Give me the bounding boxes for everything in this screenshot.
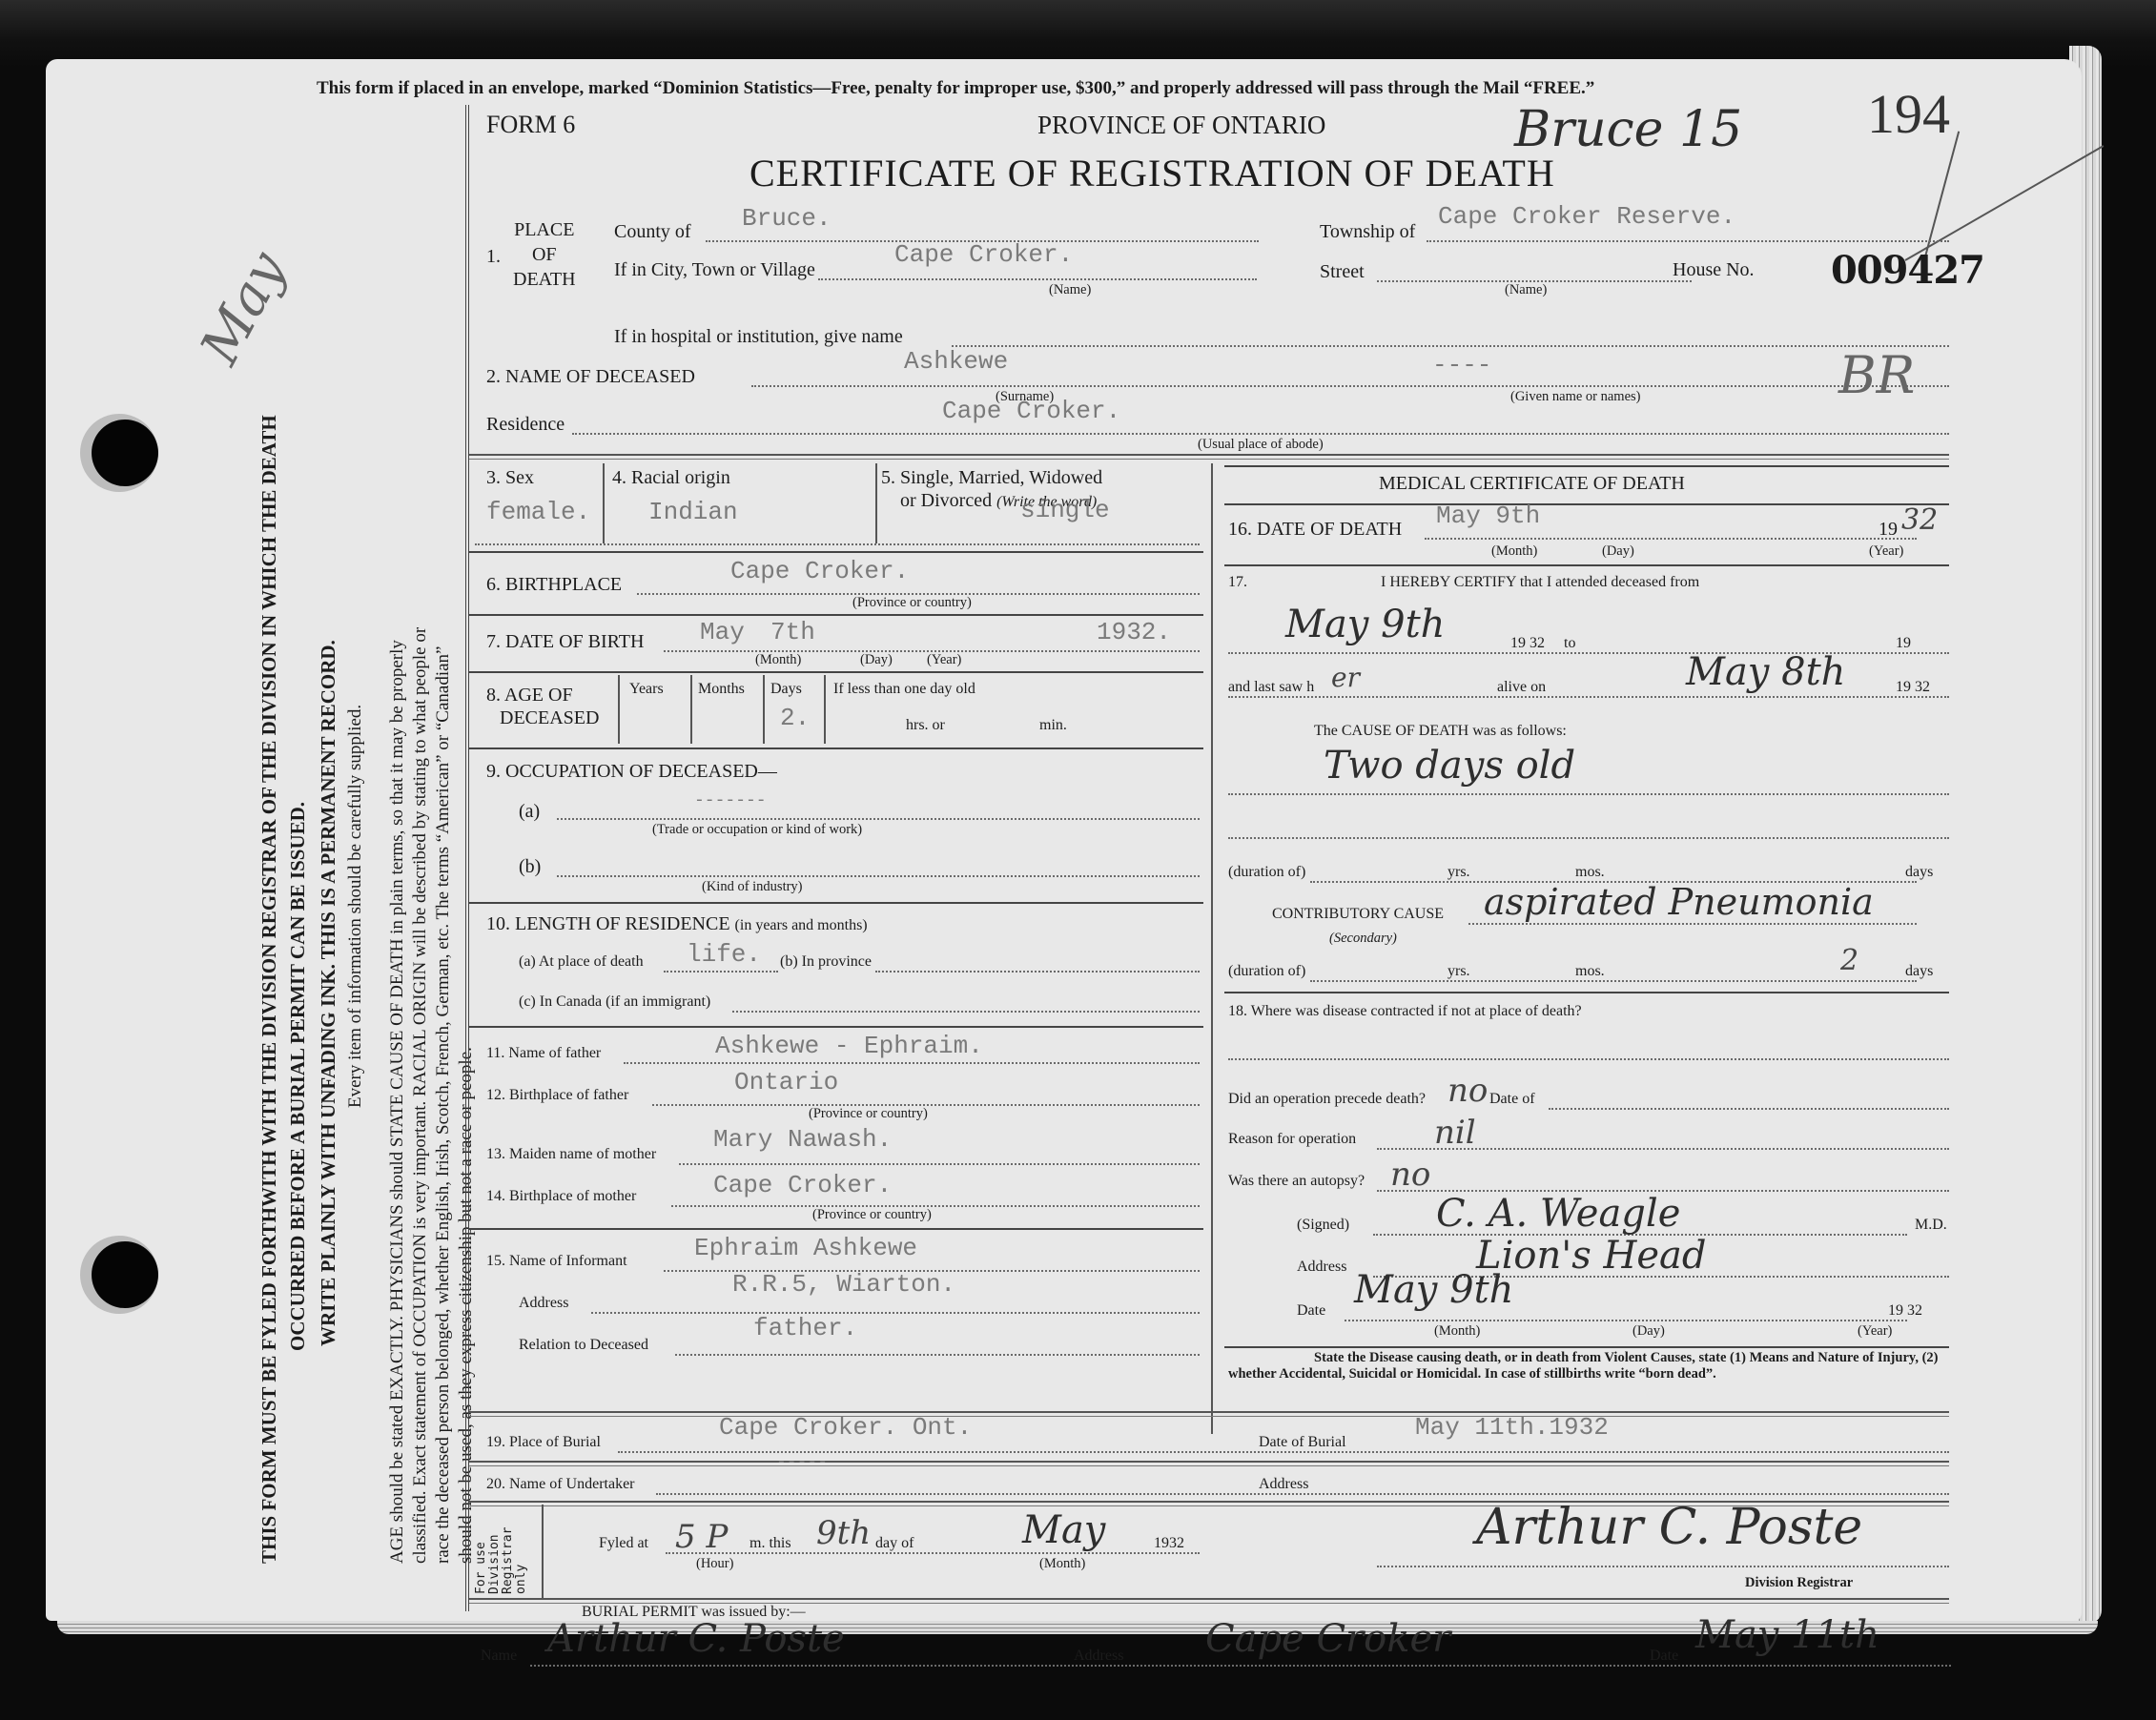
deceased-given-names[interactable]: ---- bbox=[1432, 351, 1491, 379]
deceased-name-label: 2. NAME OF DECEASED bbox=[486, 366, 695, 388]
alive-year: 19 32 bbox=[1896, 679, 1930, 696]
punch-hole-icon bbox=[92, 1241, 158, 1308]
duration-line-2 bbox=[1310, 980, 1917, 982]
permit-date-label: Date bbox=[1650, 1648, 1678, 1665]
min-label: min. bbox=[1039, 717, 1067, 734]
burial-place-value[interactable]: Cape Croker. Ont. bbox=[719, 1413, 972, 1442]
township-line bbox=[1427, 240, 1949, 242]
divider bbox=[1224, 564, 1949, 566]
undertaker-line bbox=[656, 1493, 1949, 1495]
day-of-label: day of bbox=[875, 1535, 914, 1552]
father-birthplace-value[interactable]: Ontario bbox=[734, 1068, 838, 1096]
permit-date-value[interactable]: May 11th bbox=[1695, 1613, 1879, 1657]
residence-c-line bbox=[732, 1011, 1200, 1013]
street-label: Street bbox=[1320, 261, 1365, 283]
item18-line bbox=[1228, 1058, 1949, 1060]
birthplace-caption: (Province or country) bbox=[852, 595, 972, 611]
divider bbox=[469, 1461, 1949, 1466]
year-caption: (Year) bbox=[1858, 1323, 1892, 1340]
burial-date-value[interactable]: May 11th.1932 bbox=[1415, 1413, 1609, 1442]
residence-caption: (Usual place of abode) bbox=[1198, 437, 1324, 453]
dod-line bbox=[1425, 538, 1917, 540]
residence-a-line bbox=[664, 971, 778, 973]
hour-caption: (Hour) bbox=[696, 1556, 733, 1572]
divider bbox=[1224, 503, 1949, 505]
divider bbox=[1224, 465, 1949, 467]
cell-divider bbox=[690, 675, 692, 744]
month-caption: (Month) bbox=[755, 652, 801, 668]
divider bbox=[469, 614, 1203, 616]
hospital-line bbox=[952, 345, 1949, 347]
contributory-caption: (Secondary) bbox=[1329, 931, 1397, 947]
form-left-border bbox=[465, 105, 469, 1611]
scan-background bbox=[0, 0, 2156, 67]
age-days-value[interactable]: 2. bbox=[780, 704, 810, 732]
day-caption: (Day) bbox=[860, 652, 893, 668]
days-label: days bbox=[1905, 864, 1933, 881]
residence-b-label: (b) In province bbox=[780, 953, 872, 971]
certify-date-year: 19 32 bbox=[1888, 1302, 1922, 1320]
occupation-a-line bbox=[557, 818, 1200, 820]
cause-value[interactable]: Two days old bbox=[1324, 744, 1575, 788]
serial-number: 009427 bbox=[1831, 248, 1984, 293]
dod-month[interactable]: May 9th bbox=[1436, 502, 1540, 530]
contributory-cause-value[interactable]: aspirated Pneumonia bbox=[1484, 881, 1874, 923]
page-title: CERTIFICATE OF REGISTRATION OF DEATH bbox=[749, 151, 1555, 195]
age-days-label: Days bbox=[770, 681, 802, 698]
residence-length-label: 10. LENGTH OF RESIDENCE (in years and mo… bbox=[486, 913, 868, 935]
month-caption: (Month) bbox=[1491, 543, 1537, 560]
province-title: PROVINCE OF ONTARIO bbox=[1037, 111, 1325, 140]
mos-label: mos. bbox=[1575, 864, 1605, 881]
street-name-caption: (Name) bbox=[1505, 282, 1547, 298]
occupation-b-caption: (Kind of industry) bbox=[702, 879, 803, 895]
division-handwritten: Bruce 15 bbox=[1514, 101, 1742, 158]
mother-birthplace-label: 14. Birthplace of mother bbox=[486, 1188, 636, 1205]
city-line bbox=[818, 278, 1257, 280]
divider bbox=[1224, 1346, 1949, 1348]
year-caption: (Year) bbox=[927, 652, 961, 668]
informant-value[interactable]: Ephraim Ashkewe bbox=[694, 1234, 917, 1262]
age-label: 8. AGE OF bbox=[486, 685, 573, 706]
alive-on-value[interactable]: May 8th bbox=[1686, 650, 1845, 694]
certificate-page: THIS FORM MUST BE FYLED FORTHWITH WITH T… bbox=[46, 59, 2082, 1621]
occupation-b-label: (b) bbox=[519, 856, 541, 878]
year-caption: (Year) bbox=[1869, 543, 1903, 560]
side-instruction-line4: Every item of information should be care… bbox=[345, 705, 366, 1108]
divider bbox=[1224, 992, 1949, 993]
item-number: 1. bbox=[486, 246, 501, 268]
burial-place-label: 19. Place of Burial bbox=[486, 1434, 601, 1451]
to-year: 19 bbox=[1896, 635, 1911, 652]
last-saw-pronoun[interactable]: er bbox=[1331, 662, 1360, 693]
operation-date-line bbox=[1549, 1108, 1949, 1110]
divider bbox=[469, 1411, 1949, 1417]
mos-label-2: mos. bbox=[1575, 963, 1605, 980]
age-less-label: If less than one day old bbox=[833, 681, 975, 698]
duration-label-2: (duration of) bbox=[1228, 963, 1305, 980]
township-label: Township of bbox=[1320, 221, 1415, 243]
registrar-signature-line bbox=[1377, 1566, 1949, 1567]
informant-address-line bbox=[591, 1312, 1200, 1314]
operation-date-label: Date of bbox=[1489, 1091, 1535, 1108]
house-no-label: House No. bbox=[1673, 259, 1755, 281]
relation-line bbox=[675, 1354, 1200, 1356]
deceased-surname[interactable]: Ashkewe bbox=[904, 347, 1008, 376]
divider bbox=[469, 1228, 1203, 1230]
day-caption: (Day) bbox=[1632, 1323, 1665, 1340]
relation-value[interactable]: father. bbox=[753, 1314, 857, 1342]
physician-signature[interactable]: C. A. Weagle bbox=[1436, 1192, 1680, 1236]
marital-value[interactable]: single bbox=[1020, 496, 1110, 524]
column-divider bbox=[1211, 463, 1213, 1434]
form-number: FORM 6 bbox=[486, 111, 575, 139]
racial-origin-label: 4. Racial origin bbox=[612, 467, 730, 489]
undertaker-address-label: Address bbox=[1259, 1476, 1308, 1493]
duration-label: (duration of) bbox=[1228, 864, 1305, 881]
cause-line bbox=[1228, 793, 1949, 795]
dob-label: 7. DATE OF BIRTH bbox=[486, 631, 644, 653]
dod-year-prefix: 19 bbox=[1879, 519, 1898, 541]
side-instruction-line3: WRITE PLAINLY WITH UNFADING INK. THIS IS… bbox=[317, 640, 340, 1346]
relation-label: Relation to Deceased bbox=[519, 1337, 648, 1354]
residence-a-label: (a) At place of death bbox=[519, 953, 644, 971]
attended-from-year: 19 32 bbox=[1510, 635, 1545, 652]
mother-birthplace-line bbox=[671, 1205, 1200, 1207]
registrar-role: Division Registrar bbox=[1745, 1575, 1853, 1591]
birthplace-label: 6. BIRTHPLACE bbox=[486, 574, 622, 596]
deceased-name-line bbox=[751, 385, 1949, 387]
permit-line bbox=[530, 1665, 1951, 1667]
informant-label: 15. Name of Informant bbox=[486, 1253, 627, 1270]
physician-address-label: Address bbox=[1297, 1259, 1346, 1276]
item17-number: 17. bbox=[1228, 574, 1247, 591]
last-saw-label: and last saw h bbox=[1228, 679, 1314, 696]
residence-c-label: (c) In Canada (if an immigrant) bbox=[519, 993, 710, 1011]
cell-divider bbox=[763, 675, 765, 744]
side-instruction-para2: classified. Exact statement of OCCUPATIO… bbox=[410, 627, 431, 1564]
age-label-2: DECEASED bbox=[500, 707, 599, 729]
permit-name-label: Name bbox=[481, 1648, 517, 1665]
permit-address-value[interactable]: Cape Croker bbox=[1205, 1617, 1450, 1661]
side-instruction-para3: race the deceased person belonged, wheth… bbox=[433, 646, 454, 1564]
registrar-signature[interactable]: Arthur C. Poste bbox=[1476, 1499, 1862, 1556]
yrs-label: yrs. bbox=[1448, 864, 1470, 881]
days-label-2: days bbox=[1905, 963, 1933, 980]
side-instruction-line2: OCCURRED BEFORE A BURIAL PERMIT CAN BE I… bbox=[286, 802, 310, 1351]
contributory-cause-label: CONTRIBUTORY CAUSE bbox=[1272, 906, 1444, 923]
autopsy-value[interactable]: no bbox=[1390, 1156, 1430, 1194]
age-months-label: Months bbox=[698, 681, 745, 698]
dob-day[interactable]: 7th bbox=[770, 618, 815, 646]
mother-line bbox=[679, 1163, 1200, 1165]
occupation-a-value[interactable]: ------- bbox=[694, 791, 767, 810]
punch-hole-icon bbox=[92, 420, 158, 486]
father-value[interactable]: Ashkewe - Ephraim. bbox=[715, 1032, 983, 1060]
attended-from[interactable]: May 9th bbox=[1285, 603, 1445, 646]
registrar-box-divider bbox=[542, 1505, 544, 1598]
alive-on-label: alive on bbox=[1497, 679, 1546, 696]
hrs-label: hrs. or bbox=[906, 717, 945, 734]
burial-date-label: Date of Burial bbox=[1259, 1434, 1346, 1451]
mother-birthplace-caption: (Province or country) bbox=[812, 1207, 932, 1223]
side-instruction-line1: THIS FORM MUST BE FYLED FORTHWITH WITH T… bbox=[257, 415, 281, 1564]
medical-heading: MEDICAL CERTIFICATE OF DEATH bbox=[1379, 473, 1685, 495]
dob-year[interactable]: 1932. bbox=[1097, 618, 1171, 646]
fyled-year: 1932 bbox=[1154, 1535, 1184, 1552]
contributory-days-value[interactable]: 2 bbox=[1840, 944, 1858, 977]
month-caption: (Month) bbox=[1434, 1323, 1480, 1340]
contributory-line bbox=[1468, 923, 1917, 925]
city-name-caption: (Name) bbox=[1049, 282, 1091, 298]
mother-label: 13. Maiden name of mother bbox=[486, 1146, 656, 1163]
city-value[interactable]: Cape Croker. bbox=[894, 240, 1073, 269]
divider bbox=[469, 747, 1203, 749]
divider bbox=[469, 454, 1949, 460]
sex-label: 3. Sex bbox=[486, 467, 534, 489]
divider bbox=[469, 902, 1203, 904]
informant-address-label: Address bbox=[519, 1295, 568, 1312]
hospital-label: If in hospital or institution, give name bbox=[614, 326, 903, 348]
divider bbox=[469, 1026, 1203, 1028]
residence-label: Residence bbox=[486, 414, 565, 436]
undertaker-label: 20. Name of Undertaker bbox=[486, 1476, 635, 1493]
sex-value[interactable]: female. bbox=[486, 498, 590, 526]
permit-address-label: Address bbox=[1074, 1648, 1123, 1665]
dod-year[interactable]: 32 bbox=[1901, 503, 1938, 537]
fyled-day[interactable]: 9th bbox=[816, 1514, 871, 1552]
fyled-line bbox=[666, 1552, 1200, 1554]
dob-month[interactable]: May bbox=[700, 618, 745, 646]
dod-label: 16. DATE OF DEATH bbox=[1228, 519, 1402, 541]
medical-footnote: State the Disease causing death, or in d… bbox=[1228, 1350, 1949, 1382]
racial-origin-value[interactable]: Indian bbox=[648, 498, 738, 526]
city-label: If in City, Town or Village bbox=[614, 259, 815, 281]
divider bbox=[469, 671, 1203, 673]
occupation-a-label: (a) bbox=[519, 801, 540, 823]
row-line bbox=[475, 543, 1200, 545]
father-birthplace-caption: (Province or country) bbox=[809, 1106, 928, 1122]
check-mark-icon bbox=[1905, 145, 2105, 261]
alive-line bbox=[1228, 696, 1949, 698]
cell-divider bbox=[875, 463, 877, 543]
m-this-label: m. this bbox=[749, 1535, 791, 1552]
reason-label: Reason for operation bbox=[1228, 1131, 1356, 1148]
residence-a-value[interactable]: life. bbox=[687, 940, 761, 969]
cell-divider bbox=[618, 675, 620, 744]
divider bbox=[469, 551, 1203, 553]
item18-label: 18. Where was disease contracted if not … bbox=[1228, 1003, 1582, 1020]
certify-date-line bbox=[1345, 1320, 1907, 1321]
cause-label: The CAUSE OF DEATH was as follows: bbox=[1314, 723, 1567, 740]
cell-divider bbox=[603, 463, 605, 543]
mail-notice: This form if placed in an envelope, mark… bbox=[317, 78, 1594, 99]
certify-date-value[interactable]: May 9th bbox=[1354, 1268, 1513, 1312]
month-caption: (Month) bbox=[1039, 1556, 1085, 1572]
certify-text: I HEREBY CERTIFY that I attended decease… bbox=[1381, 574, 1699, 591]
residence-line bbox=[572, 433, 1949, 435]
to-label: to bbox=[1564, 635, 1575, 652]
margin-initials: BR bbox=[1838, 345, 1915, 405]
undertaker-value[interactable]: ----- bbox=[776, 1453, 828, 1472]
reason-value[interactable]: nil bbox=[1434, 1114, 1476, 1152]
fyled-hour[interactable]: 5 P bbox=[675, 1518, 728, 1556]
father-label: 11. Name of father bbox=[486, 1045, 601, 1062]
marital-label: 5. Single, Married, Widowed bbox=[881, 467, 1102, 489]
given-name-caption: (Given name or names) bbox=[1510, 389, 1641, 405]
operation-label: Did an operation precede death? bbox=[1228, 1091, 1426, 1108]
yrs-label-2: yrs. bbox=[1448, 963, 1470, 980]
day-caption: (Day) bbox=[1602, 543, 1634, 560]
autopsy-label: Was there an autopsy? bbox=[1228, 1173, 1365, 1190]
md-label: M.D. bbox=[1915, 1217, 1947, 1234]
mother-birthplace-value[interactable]: Cape Croker. bbox=[713, 1171, 892, 1199]
residence-b-line bbox=[875, 971, 1200, 973]
cause-line-2 bbox=[1228, 837, 1949, 839]
county-label: County of bbox=[614, 221, 691, 243]
operation-value[interactable]: no bbox=[1448, 1072, 1488, 1110]
informant-address-value[interactable]: R.R.5, Wiarton. bbox=[732, 1270, 955, 1299]
occupation-label: 9. OCCUPATION OF DECEASED— bbox=[486, 761, 777, 783]
fyled-label: Fyled at bbox=[599, 1535, 648, 1552]
occupation-b-line bbox=[557, 875, 1200, 877]
place-of-death-label: PLACE OF DEATH bbox=[513, 217, 576, 292]
county-value[interactable]: Bruce. bbox=[742, 204, 832, 233]
permit-name-value[interactable]: Arthur C. Poste bbox=[547, 1617, 845, 1661]
birthplace-value[interactable]: Cape Croker. bbox=[730, 557, 909, 585]
occupation-a-caption: (Trade or occupation or kind of work) bbox=[652, 822, 862, 838]
side-instruction-para1: AGE should be stated EXACTLY. PHYSICIANS… bbox=[387, 640, 408, 1564]
stamp-number: 194 bbox=[1867, 82, 1950, 146]
signed-label: (Signed) bbox=[1297, 1217, 1349, 1234]
father-birthplace-label: 12. Birthplace of father bbox=[486, 1087, 628, 1104]
fyled-month[interactable]: May bbox=[1022, 1508, 1105, 1552]
age-years-label: Years bbox=[629, 681, 664, 698]
cell-divider bbox=[824, 675, 826, 744]
township-value[interactable]: Cape Croker Reserve. bbox=[1438, 202, 1735, 231]
residence-value[interactable]: Cape Croker. bbox=[942, 397, 1120, 425]
certify-date-label: Date bbox=[1297, 1302, 1325, 1320]
margin-month-handwritten: May bbox=[189, 242, 298, 375]
mother-value[interactable]: Mary Nawash. bbox=[713, 1125, 892, 1154]
father-line bbox=[624, 1062, 1200, 1064]
